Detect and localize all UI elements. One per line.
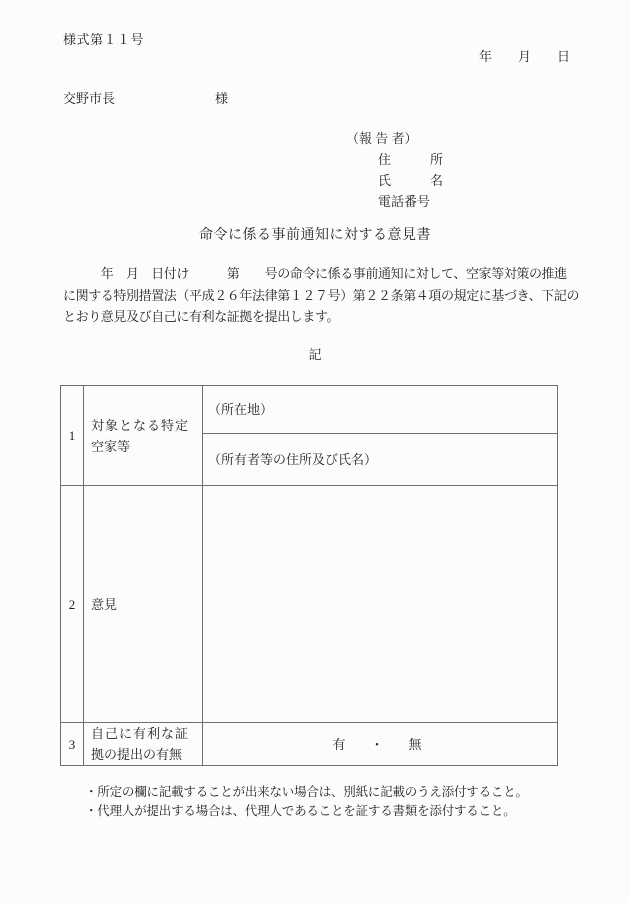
row1-location-cell: （所在地） — [203, 386, 558, 434]
row1-label: 対象となる特定空家等 — [91, 415, 188, 457]
addressee-name: 交野市長 — [63, 91, 115, 106]
document-page: 様式第１１号 年 月 日 交野市長 様 （報 告 者） 住 所 氏 名 電話番号… — [0, 0, 630, 903]
body-paragraph: 年 月 日付け 第 号の命令に係る事前通知に対して、空家等対策の推進 に関する特… — [63, 263, 583, 328]
row3-label: 自己に有利な証拠の提出の有無 — [91, 723, 188, 765]
row1-owner-cell: （所有者等の住所及び氏名） — [203, 434, 558, 486]
row3-evidence-choice-cell: 有 ・ 無 — [203, 723, 558, 766]
table-row: 1 対象となる特定空家等 （所在地） — [61, 386, 558, 434]
date-line: 年 月 日 — [479, 46, 570, 65]
footnote-1: ・所定の欄に記載することが出来ない場合は、別紙に記載のうえ添付すること。 — [85, 783, 528, 802]
row1-number: 1 — [61, 386, 84, 486]
table-row: 2 意見 — [61, 486, 558, 723]
form-number: 様式第１１号 — [63, 29, 144, 48]
row2-number: 2 — [61, 486, 84, 723]
row2-label: 意見 — [84, 486, 203, 723]
opinion-table: 1 対象となる特定空家等 （所在地） （所有者等の住所及び氏名） 2 意見 3 … — [60, 385, 558, 766]
reporter-phone-label: 電話番号 — [378, 191, 456, 212]
table-row: 3 自己に有利な証拠の提出の有無 有 ・ 無 — [61, 723, 558, 766]
reporter-fields: 住 所 氏 名 電話番号 — [378, 149, 456, 212]
addressee-line: 交野市長 様 — [63, 88, 463, 107]
row2-opinion-cell — [203, 486, 558, 723]
document-title: 命令に係る事前通知に対する意見書 — [0, 224, 630, 244]
reporter-heading: （報 告 者） — [346, 128, 456, 149]
record-marker: 記 — [0, 344, 630, 363]
body-line-3: とおり意見及び自己に有利な証拠を提出します。 — [63, 306, 583, 328]
row3-label-cell: 自己に有利な証拠の提出の有無 — [84, 723, 203, 766]
row3-number: 3 — [61, 723, 84, 766]
reporter-block: （報 告 者） 住 所 氏 名 電話番号 — [346, 128, 456, 212]
reporter-address-label: 住 所 — [378, 149, 456, 170]
row1-label-cell: 対象となる特定空家等 — [84, 386, 203, 486]
reporter-name-label: 氏 名 — [378, 170, 456, 191]
footnotes: ・所定の欄に記載することが出来ない場合は、別紙に記載のうえ添付すること。 ・代理… — [85, 783, 528, 821]
footnote-2: ・代理人が提出する場合は、代理人であることを証する書類を添付すること。 — [85, 802, 528, 821]
body-line-1: 年 月 日付け 第 号の命令に係る事前通知に対して、空家等対策の推進 — [63, 263, 583, 285]
body-line-2: に関する特別措置法（平成２６年法律第１２７号）第２２条第４項の規定に基づき、下記… — [63, 285, 583, 307]
addressee-honorific: 様 — [215, 88, 228, 107]
